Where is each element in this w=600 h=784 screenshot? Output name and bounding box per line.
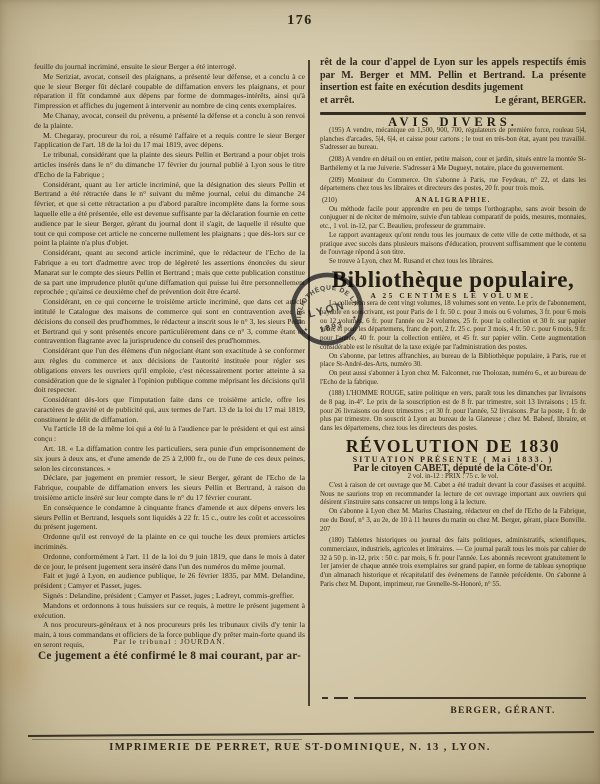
- rule-dash: [334, 697, 348, 699]
- paragraph: Le tribunal, considérant que la plainte …: [34, 150, 305, 179]
- paragraph: feuille du journal incriminé, ensuite le…: [34, 62, 305, 72]
- ad-item: (209) Moniteur du Commerce. On s'abonne …: [320, 177, 586, 194]
- newspaper-page: 176 feuille du journal incriminé, ensuit…: [0, 0, 600, 784]
- paragraph: Me Seriziat, avocat, conseil des plaigna…: [34, 72, 305, 111]
- paragraph: Considérant, en ce qui concerne le trois…: [34, 297, 305, 346]
- rule-line: [354, 697, 586, 699]
- paragraph: Déclare, par jugement en premier ressort…: [34, 473, 305, 502]
- revolution-title: RÉVOLUTION DE 1830: [320, 437, 586, 456]
- stamp-star-icon: ✦: [303, 326, 310, 334]
- column-divider: [308, 60, 310, 706]
- gerant-line: BERGER, GÉRANT.: [420, 706, 586, 716]
- appeal-notice-text: rêt de la cour d'appel de Lyon sur les a…: [320, 57, 586, 95]
- stamp-city-text: LYON: [307, 300, 347, 321]
- stamp-year-text: 1893: [319, 320, 344, 334]
- tribunal-signature-line: Par le tribunal : JOURDAN.: [34, 637, 305, 646]
- homme-rouge-ad: (188) L'HOMME ROUGE, satire politique en…: [320, 390, 586, 434]
- footer-rule: [28, 731, 594, 737]
- paragraph: Considérant dès-lors que l'imputation fa…: [34, 395, 305, 424]
- right-column: rêt de la cour d'appel de Lyon sur les a…: [320, 57, 586, 699]
- paragraph: Se trouve à Lyon, chez M. Rusand et chez…: [320, 258, 586, 267]
- paragraph: On s'abonne à Lyon chez M. Marius Chasta…: [320, 508, 586, 534]
- appeal-notice-last-line: et arrêt. Le gérant, BERGER.: [320, 95, 586, 108]
- ad-number: (210): [322, 197, 337, 206]
- paragraph: Art. 18. « La diffamation contre les par…: [34, 444, 305, 473]
- paragraph: Me Chanay, avocat, conseil du prévenu, a…: [34, 111, 305, 131]
- paragraph: M. Chegaray, procureur du roi, a résumé …: [34, 131, 305, 151]
- confirmation-line: Ce jugement a été confirmé le 8 mai cour…: [34, 650, 305, 662]
- et-arret-text: et arrêt.: [320, 95, 354, 108]
- classified-ads: (195) A vendre, mécanique en 1,500, 900,…: [320, 127, 586, 194]
- left-column: feuille du journal incriminé, ensuite le…: [34, 62, 305, 650]
- ad-item: (195) A vendre, mécanique en 1,500, 900,…: [320, 127, 586, 153]
- paragraph: On s'abonne, par lettres affranchies, au…: [320, 353, 586, 370]
- stamp-star-icon: ✦: [351, 314, 358, 322]
- revolution-paragraphs: C'est à raison de cet ouvrage que M. Cab…: [320, 482, 586, 534]
- ad-item: (208) A vendre en détail ou en entier, p…: [320, 156, 586, 173]
- page-number: 176: [0, 13, 600, 29]
- analigraphie-paragraphs: Ou méthode facile pour apprendre en peu …: [320, 206, 586, 267]
- paragraph: En conséquence le condamne à cinquante f…: [34, 503, 305, 532]
- paragraph: On peut aussi s'abonner à Lyon chez M. F…: [320, 370, 586, 387]
- avis-divers-title: AVIS DIVERS.: [320, 118, 586, 127]
- analigraphie-title: ANALIGRAPHIE.: [415, 197, 491, 204]
- analigraphie-heading: (210) ANALIGRAPHIE.: [320, 197, 586, 206]
- paragraph: Ordonne, conformément à l'art. 11 de la …: [34, 552, 305, 572]
- gerant-signature: Le gérant, BERGER.: [495, 95, 586, 108]
- paragraph: Signés : Delandine, président ; Camyer e…: [34, 591, 305, 601]
- paragraph: Fait et jugé à Lyon, en audience publiqu…: [34, 571, 305, 591]
- judgment-paragraphs: feuille du journal incriminé, ensuite le…: [34, 62, 305, 650]
- paragraph: Considérant que l'un des élémens d'un né…: [34, 346, 305, 395]
- paragraph: Considérant, quant au second article inc…: [34, 248, 305, 297]
- rule-dash: [322, 697, 328, 699]
- gerant-rule: [322, 697, 586, 699]
- paragraph: Le rapport avantageux qu'ont rendu tous …: [320, 232, 586, 258]
- tablettes-historiques-ad: (180) Tablettes historiques ou journal d…: [320, 537, 586, 589]
- paragraph: Ou méthode facile pour apprendre en peu …: [320, 206, 586, 232]
- paragraph: Mandons et ordonnons à tous huissiers su…: [34, 601, 305, 621]
- revolution-price: 2 vol. in-12 : PRIX : 75 c. le vol.: [320, 473, 586, 482]
- paragraph: C'est à raison de cet ouvrage que M. Cab…: [320, 482, 586, 508]
- paragraph: Ordonne qu'il est renvoyé de la plainte …: [34, 532, 305, 552]
- footer-rule-thin: [32, 739, 302, 740]
- imprint-line: IMPRIMERIE DE PERRET, RUE ST-DOMINIQUE, …: [0, 742, 600, 753]
- paragraph: Vu l'article 18 de la même loi qui a été…: [34, 424, 305, 444]
- revolution-author: Par le citoyen CABET, député de la Côte-…: [320, 465, 586, 474]
- paragraph: Considérant, quant au 1er article incrim…: [34, 180, 305, 249]
